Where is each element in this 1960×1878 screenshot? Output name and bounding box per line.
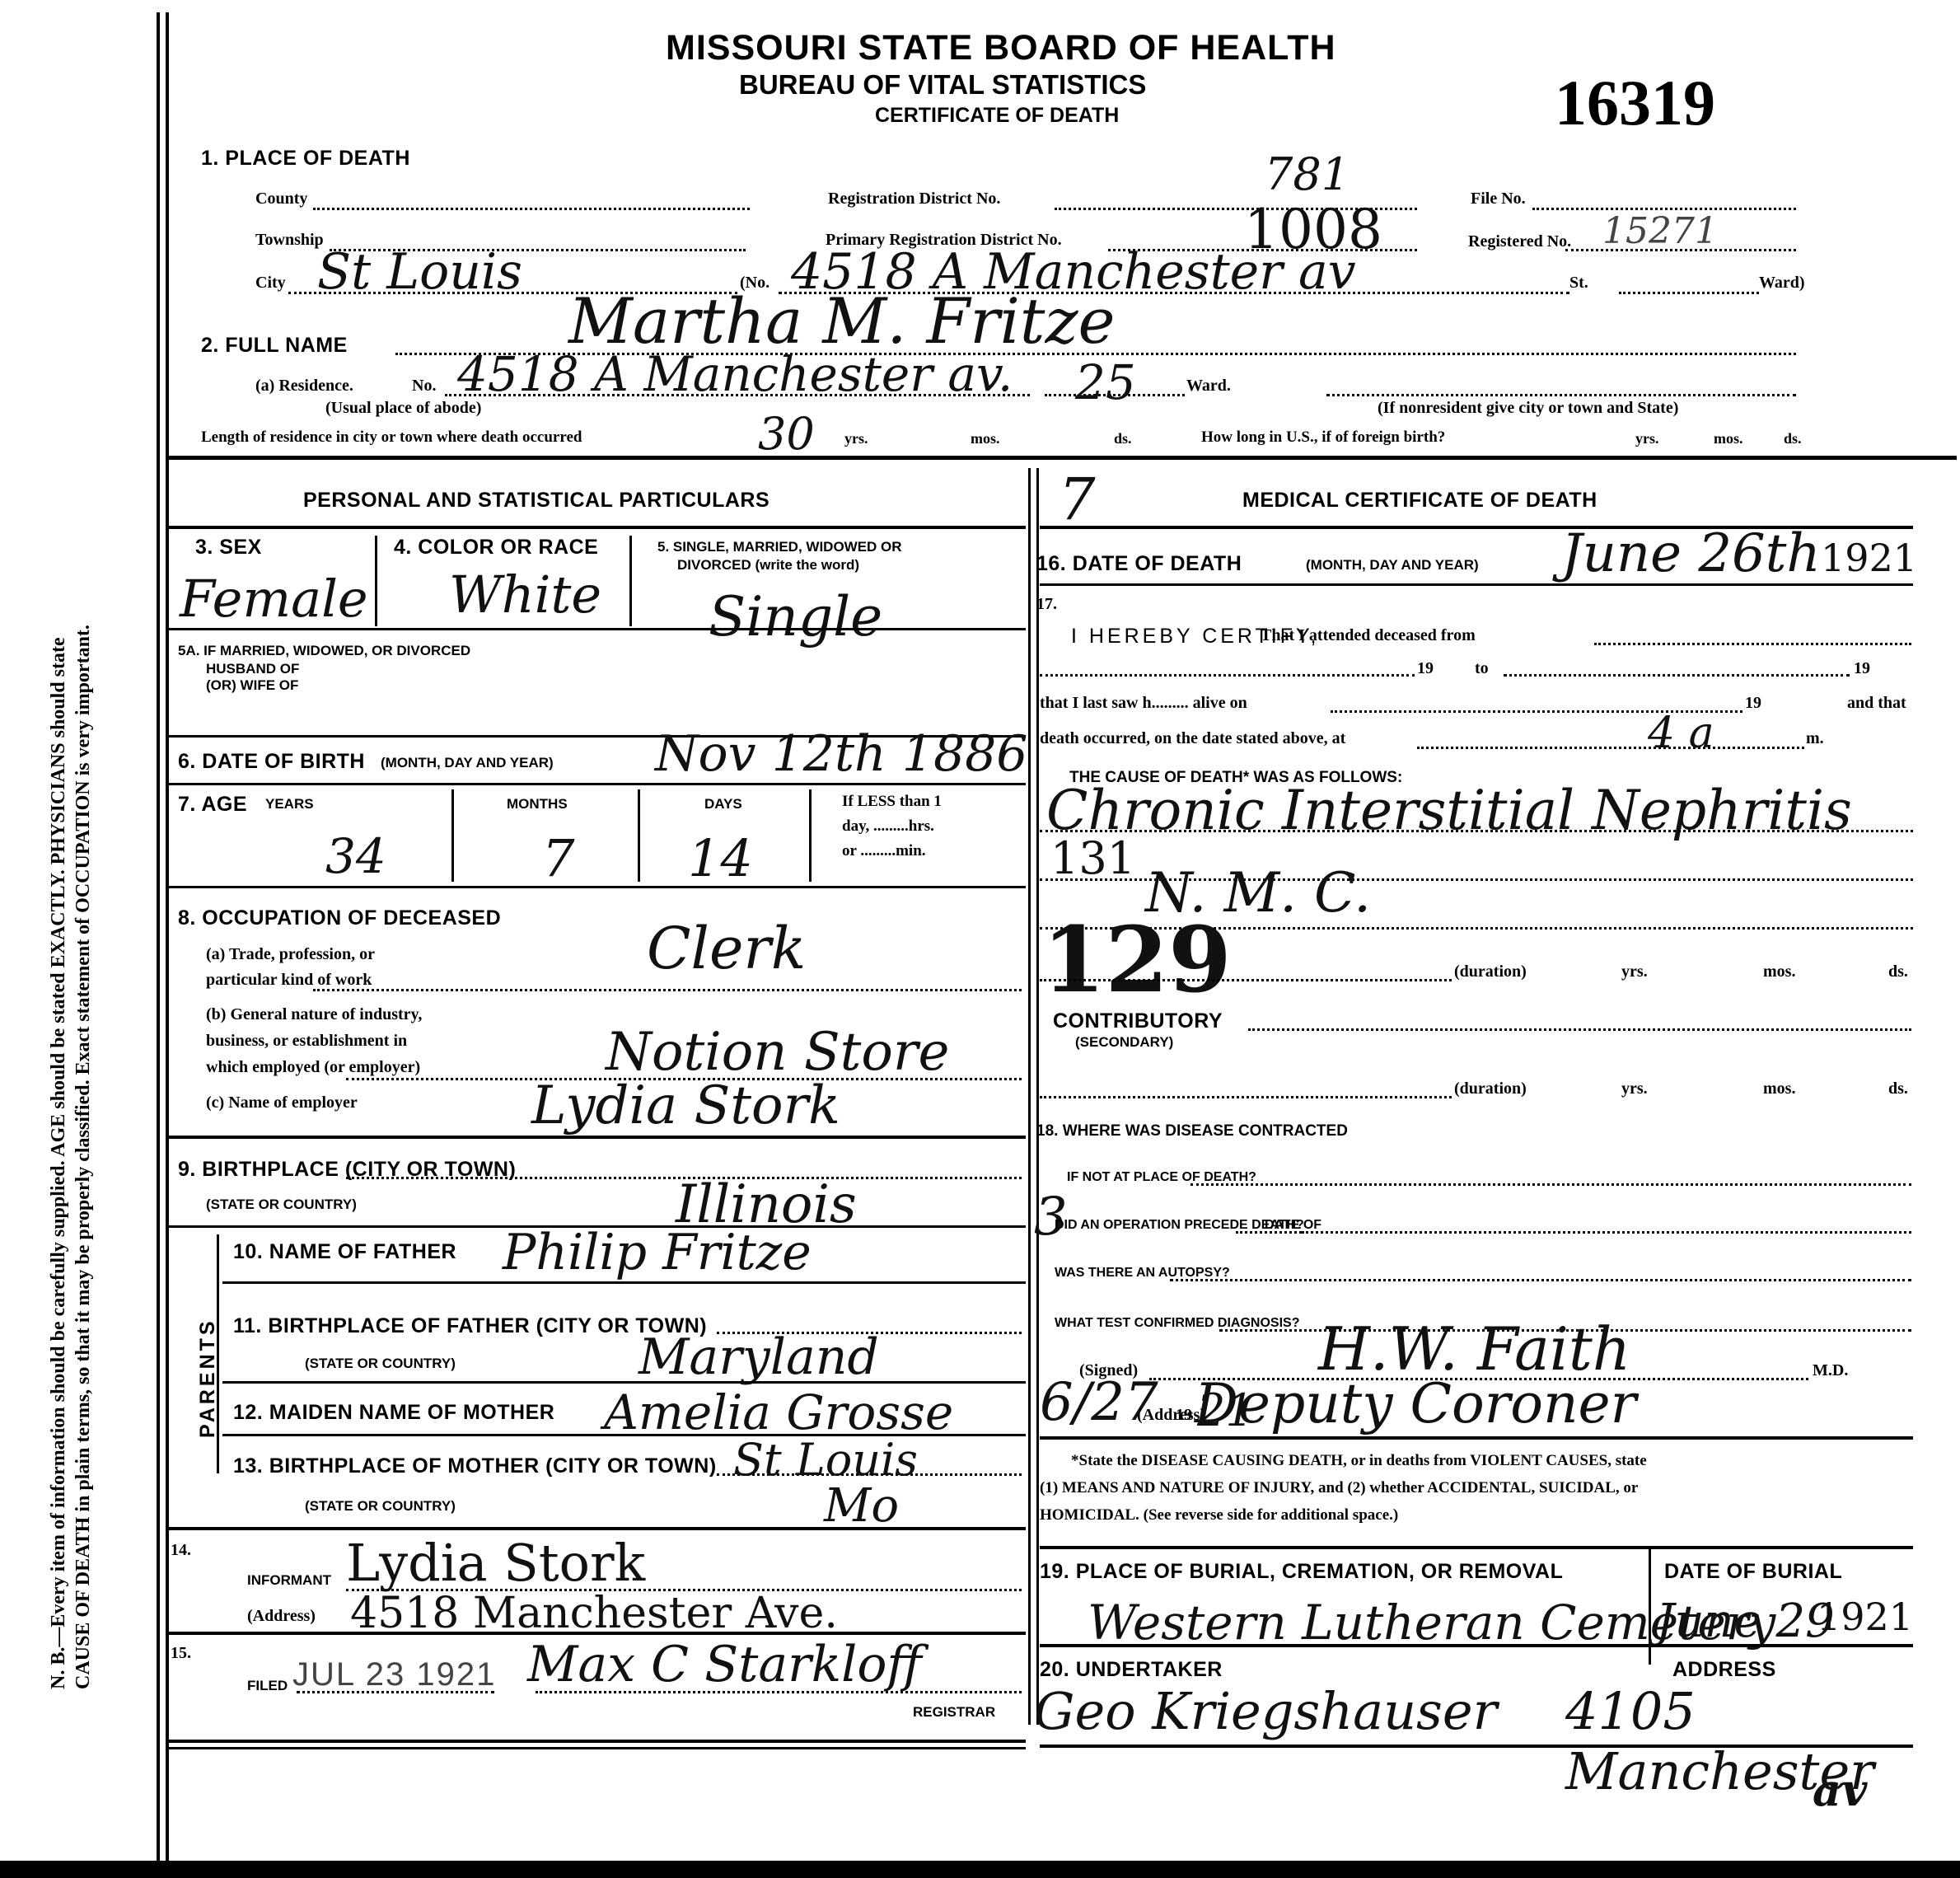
trade-label-2: particular kind of work bbox=[206, 971, 372, 990]
burial-date-label: DATE OF BURIAL bbox=[1664, 1560, 1842, 1584]
center-divider-left bbox=[1028, 468, 1031, 1725]
informant-value: Lydia Stork bbox=[346, 1533, 645, 1593]
dod-rule bbox=[1040, 583, 1913, 586]
undertaker-rule bbox=[1040, 1745, 1913, 1748]
filed-num: 15. bbox=[171, 1644, 191, 1663]
attended-from-date-field[interactable] bbox=[1040, 674, 1415, 677]
reg-district-label: Registration District No. bbox=[828, 190, 1000, 208]
mother-name-value: Amelia Grosse bbox=[604, 1384, 953, 1440]
row-rule-6 bbox=[169, 783, 1026, 785]
trade-label-1: (a) Trade, profession, or bbox=[206, 945, 375, 964]
sex-race-divider bbox=[375, 536, 377, 626]
father-name-label: 10. NAME OF FATHER bbox=[233, 1240, 456, 1264]
mother-name-label: 12. MAIDEN NAME OF MOTHER bbox=[233, 1401, 554, 1425]
registrar-label: REGISTRAR bbox=[913, 1704, 995, 1721]
burial-rule bbox=[1040, 1644, 1913, 1647]
disease-label: 18. WHERE WAS DISEASE CONTRACTED bbox=[1036, 1122, 1348, 1140]
age-years-value: 34 bbox=[325, 828, 386, 884]
age-months-divider bbox=[638, 789, 640, 882]
employer-value: Lydia Stork bbox=[531, 1075, 840, 1136]
row-rule-13 bbox=[169, 1527, 1026, 1530]
certify-text: That I attended deceased from bbox=[1261, 626, 1476, 645]
spouse-label-3: (OR) WIFE OF bbox=[206, 677, 298, 694]
signature-rule bbox=[1040, 1436, 1913, 1440]
certify-19a: 19 bbox=[1417, 659, 1434, 678]
industry-label-1: (b) General nature of industry, bbox=[206, 1005, 422, 1024]
residence-value: 4518 A Manchester av. bbox=[457, 346, 1013, 402]
age-years-divider bbox=[451, 789, 454, 882]
row-rule-14 bbox=[169, 1632, 1026, 1635]
certificate-number: 16319 bbox=[1555, 66, 1715, 140]
city-label: City bbox=[255, 274, 286, 293]
attended-to-field[interactable] bbox=[1504, 674, 1850, 677]
secondary-code: 129 bbox=[1042, 906, 1232, 1013]
row-rule-10 bbox=[222, 1281, 1026, 1284]
undertaker-label: 20. UNDERTAKER bbox=[1040, 1658, 1223, 1682]
duration-label-2: (duration) bbox=[1454, 1079, 1527, 1098]
row-rule-8 bbox=[169, 1136, 1026, 1139]
dod-value: June 26th bbox=[1561, 523, 1821, 584]
medical-address-value: Deputy Coroner bbox=[1195, 1372, 1636, 1435]
mother-state-label: (STATE OR COUNTRY) bbox=[305, 1498, 456, 1515]
left-border-outer bbox=[157, 12, 160, 1862]
dod-year: 1921 bbox=[1821, 536, 1917, 580]
full-name-label: 2. FULL NAME bbox=[201, 334, 348, 358]
header-title: MISSOURI STATE BOARD OF HEALTH bbox=[666, 28, 1336, 68]
length-of-residence-years: 30 bbox=[758, 408, 815, 460]
duration-yrs-1: yrs. bbox=[1621, 962, 1648, 981]
header-doc-type: CERTIFICATE OF DEATH bbox=[875, 104, 1119, 128]
occupation-label: 8. OCCUPATION OF DECEASED bbox=[178, 906, 501, 930]
certify-to: to bbox=[1475, 659, 1489, 678]
length-ds-label: ds. bbox=[1114, 430, 1132, 447]
duration-mos-1: mos. bbox=[1763, 962, 1795, 981]
duration-mos-2: mos. bbox=[1763, 1079, 1795, 1098]
place-of-death-label: 1. PLACE OF DEATH bbox=[201, 147, 410, 171]
age-days-divider bbox=[809, 789, 812, 882]
foreign-yrs-label: yrs. bbox=[1635, 430, 1659, 447]
row-rule-11 bbox=[222, 1381, 1026, 1384]
residence-ward-value: 25 bbox=[1075, 354, 1136, 410]
spouse-label-1: 5A. IF MARRIED, WIDOWED, OR DIVORCED bbox=[178, 643, 470, 659]
row-rule-3 bbox=[169, 628, 1026, 630]
township-label: Township bbox=[255, 231, 324, 250]
race-label: 4. COLOR OR RACE bbox=[394, 536, 598, 560]
center-divider-right bbox=[1036, 468, 1039, 1725]
medical-margin-mark: 7 bbox=[1059, 466, 1096, 533]
foreign-ds-label: ds. bbox=[1784, 430, 1802, 447]
nonresident-note: (If nonresident give city or town and St… bbox=[1378, 399, 1678, 418]
undertaker-address-label: ADDRESS bbox=[1672, 1658, 1776, 1682]
row-rule-15 bbox=[169, 1740, 1026, 1743]
registered-no-value: 15271 bbox=[1602, 210, 1718, 252]
dob-sub-label: (MONTH, DAY AND YEAR) bbox=[381, 755, 554, 771]
reg-district-value: 781 bbox=[1265, 148, 1350, 200]
sex-value: Female bbox=[180, 569, 368, 629]
undertaker-address-value: 4105 Manchester bbox=[1565, 1681, 1960, 1801]
duration-ds-1: ds. bbox=[1888, 962, 1908, 981]
dod-sub-label: (MONTH, DAY AND YEAR) bbox=[1306, 557, 1479, 574]
death-time-suffix: m. bbox=[1806, 729, 1824, 748]
length-yrs-label: yrs. bbox=[844, 430, 868, 447]
registrar-signature: Max C Starkloff bbox=[527, 1636, 922, 1693]
residence-note: (Usual place of abode) bbox=[325, 399, 481, 418]
length-of-residence-label: Length of residence in city or town wher… bbox=[201, 429, 582, 447]
personal-header-rule bbox=[169, 526, 1026, 529]
burial-place-label: 19. PLACE OF BURIAL, CREMATION, OR REMOV… bbox=[1040, 1560, 1563, 1584]
cert-num: 17. bbox=[1036, 595, 1057, 614]
spouse-label-2: HUSBAND OF bbox=[206, 661, 299, 677]
medical-side-mark: 3 bbox=[1034, 1187, 1068, 1248]
undertaker-address-suffix: av bbox=[1813, 1763, 1867, 1816]
cause-code: 131 bbox=[1050, 832, 1135, 884]
trade-value: Clerk bbox=[647, 915, 806, 982]
medical-section-title: MEDICAL CERTIFICATE OF DEATH bbox=[1242, 489, 1597, 513]
age-months-value: 7 bbox=[542, 828, 574, 888]
industry-label-3: which employed (or employer) bbox=[206, 1058, 420, 1077]
mother-birthplace-value: St Louis bbox=[733, 1434, 918, 1486]
informant-address-label: (Address) bbox=[247, 1607, 316, 1626]
md-label: M.D. bbox=[1813, 1361, 1848, 1380]
burial-date-year: 1921 bbox=[1817, 1595, 1913, 1639]
residence-no-label: No. bbox=[412, 377, 436, 396]
county-field[interactable] bbox=[313, 208, 750, 210]
father-name-value: Philip Fritze bbox=[503, 1224, 812, 1281]
scan-bottom-edge bbox=[0, 1861, 1960, 1878]
duration-ds-2: ds. bbox=[1888, 1079, 1908, 1098]
footnote-2: (1) MEANS AND NATURE OF INJURY, and (2) … bbox=[1040, 1479, 1638, 1497]
dob-label: 6. DATE OF BIRTH bbox=[178, 750, 365, 774]
duration-line-1[interactable] bbox=[1040, 979, 1452, 981]
age-days-value: 14 bbox=[688, 828, 753, 888]
death-time-value: 4 a bbox=[1648, 709, 1714, 758]
death-occurred-text: death occurred, on the date stated above… bbox=[1040, 729, 1345, 748]
foreign-birth-label: How long in U.S., if of foreign birth? bbox=[1201, 429, 1445, 447]
mother-state-value: Mo bbox=[824, 1479, 899, 1533]
industry-label-2: business, or establishment in bbox=[206, 1032, 407, 1051]
row-rule-15b bbox=[169, 1747, 1026, 1749]
section-divider-top bbox=[169, 456, 1957, 460]
contributory-label: CONTRIBUTORY bbox=[1053, 1009, 1223, 1033]
less-label-1: If LESS than 1 bbox=[842, 793, 942, 811]
duration-yrs-2: yrs. bbox=[1621, 1079, 1648, 1098]
marital-label-1: 5. SINGLE, MARRIED, WIDOWED OR bbox=[657, 539, 902, 555]
dob-value: Nov 12th 1886 bbox=[655, 725, 1027, 783]
father-state-label: (STATE OR COUNTRY) bbox=[305, 1356, 456, 1372]
months-label: MONTHS bbox=[507, 796, 568, 813]
birthplace-state-label: (STATE OR COUNTRY) bbox=[206, 1197, 357, 1213]
operation-date-field[interactable] bbox=[1302, 1231, 1911, 1234]
duration-line-2[interactable] bbox=[1040, 1096, 1452, 1098]
residence-label: (a) Residence. bbox=[255, 377, 353, 396]
certify-19b: 19 bbox=[1854, 659, 1870, 678]
registered-no-label: Registered No. bbox=[1468, 232, 1571, 251]
personal-section-title: PERSONAL AND STATISTICAL PARTICULARS bbox=[303, 489, 769, 513]
marital-value: Single bbox=[709, 585, 882, 649]
dod-label: 16. DATE OF DEATH bbox=[1036, 552, 1242, 576]
city-value: St Louis bbox=[317, 243, 522, 301]
not-place-field[interactable] bbox=[1191, 1183, 1911, 1186]
foreign-mos-label: mos. bbox=[1714, 430, 1743, 447]
header-subtitle: BUREAU OF VITAL STATISTICS bbox=[739, 69, 1146, 101]
filed-date-value: JUL 23 1921 bbox=[292, 1656, 496, 1693]
file-no-label: File No. bbox=[1471, 190, 1526, 208]
duration-label-1: (duration) bbox=[1454, 962, 1527, 981]
county-label: County bbox=[255, 190, 307, 208]
informant-address-value: 4518 Manchester Ave. bbox=[350, 1589, 838, 1638]
row-rule-7 bbox=[169, 886, 1026, 888]
cause-line-1[interactable] bbox=[1040, 830, 1913, 832]
trade-field[interactable] bbox=[313, 989, 1022, 991]
nonresident-field[interactable] bbox=[1326, 394, 1796, 396]
industry-value: Notion Store bbox=[606, 1022, 949, 1083]
sex-label: 3. SEX bbox=[195, 536, 262, 560]
ward-label: Ward) bbox=[1759, 274, 1805, 293]
ward-field[interactable] bbox=[1619, 292, 1759, 294]
burial-date-value: June 29 bbox=[1656, 1595, 1835, 1648]
footnote-rule bbox=[1040, 1546, 1913, 1549]
last-saw-text: that I last saw h......... alive on bbox=[1040, 694, 1247, 713]
footnote-1: *State the DISEASE CAUSING DEATH, or in … bbox=[1071, 1452, 1647, 1470]
undertaker-value: Geo Kriegshauser bbox=[1034, 1681, 1497, 1741]
secondary-label: (SECONDARY) bbox=[1075, 1034, 1173, 1051]
informant-num: 14. bbox=[171, 1541, 191, 1560]
margin-note-line2: CAUSE OF DEATH in plain terms, so that i… bbox=[73, 625, 95, 1689]
race-value: White bbox=[449, 564, 601, 625]
father-birthplace-label: 11. BIRTHPLACE OF FATHER (CITY OR TOWN) bbox=[233, 1314, 707, 1338]
father-birthplace-value: Maryland bbox=[639, 1328, 879, 1386]
filed-label: FILED bbox=[247, 1678, 288, 1694]
years-label: YEARS bbox=[265, 796, 314, 813]
less-label-3: or .........min. bbox=[842, 842, 926, 860]
attended-from-field[interactable] bbox=[1594, 643, 1911, 645]
margin-note-line1: N. B.—Every item of information should b… bbox=[48, 637, 70, 1689]
length-mos-label: mos. bbox=[971, 430, 1000, 447]
st-label: St. bbox=[1569, 274, 1588, 293]
footnote-3: HOMICIDAL. (See reverse side for additio… bbox=[1040, 1506, 1398, 1524]
parents-side-label: PARENTS bbox=[196, 1318, 220, 1438]
left-border-inner bbox=[166, 12, 169, 1862]
age-label: 7. AGE bbox=[178, 793, 247, 817]
informant-label: INFORMANT bbox=[247, 1572, 331, 1589]
less-label-2: day, .........hrs. bbox=[842, 817, 934, 836]
last-saw-19: 19 bbox=[1745, 694, 1761, 713]
employer-label: (c) Name of employer bbox=[206, 1094, 358, 1112]
autopsy-field[interactable] bbox=[1170, 1279, 1911, 1281]
race-marital-divider bbox=[629, 536, 632, 626]
and-that: and that bbox=[1847, 694, 1906, 713]
contributory-field[interactable] bbox=[1248, 1028, 1911, 1031]
marital-label-2: DIVORCED (write the word) bbox=[677, 557, 859, 574]
residence-ward-label: Ward. bbox=[1186, 377, 1231, 396]
death-time-field[interactable] bbox=[1417, 747, 1804, 749]
cause-value: Chronic Interstitial Nephritis bbox=[1046, 779, 1852, 842]
mother-birthplace-label: 13. BIRTHPLACE OF MOTHER (CITY OR TOWN) bbox=[233, 1454, 717, 1478]
days-label: DAYS bbox=[704, 796, 742, 813]
